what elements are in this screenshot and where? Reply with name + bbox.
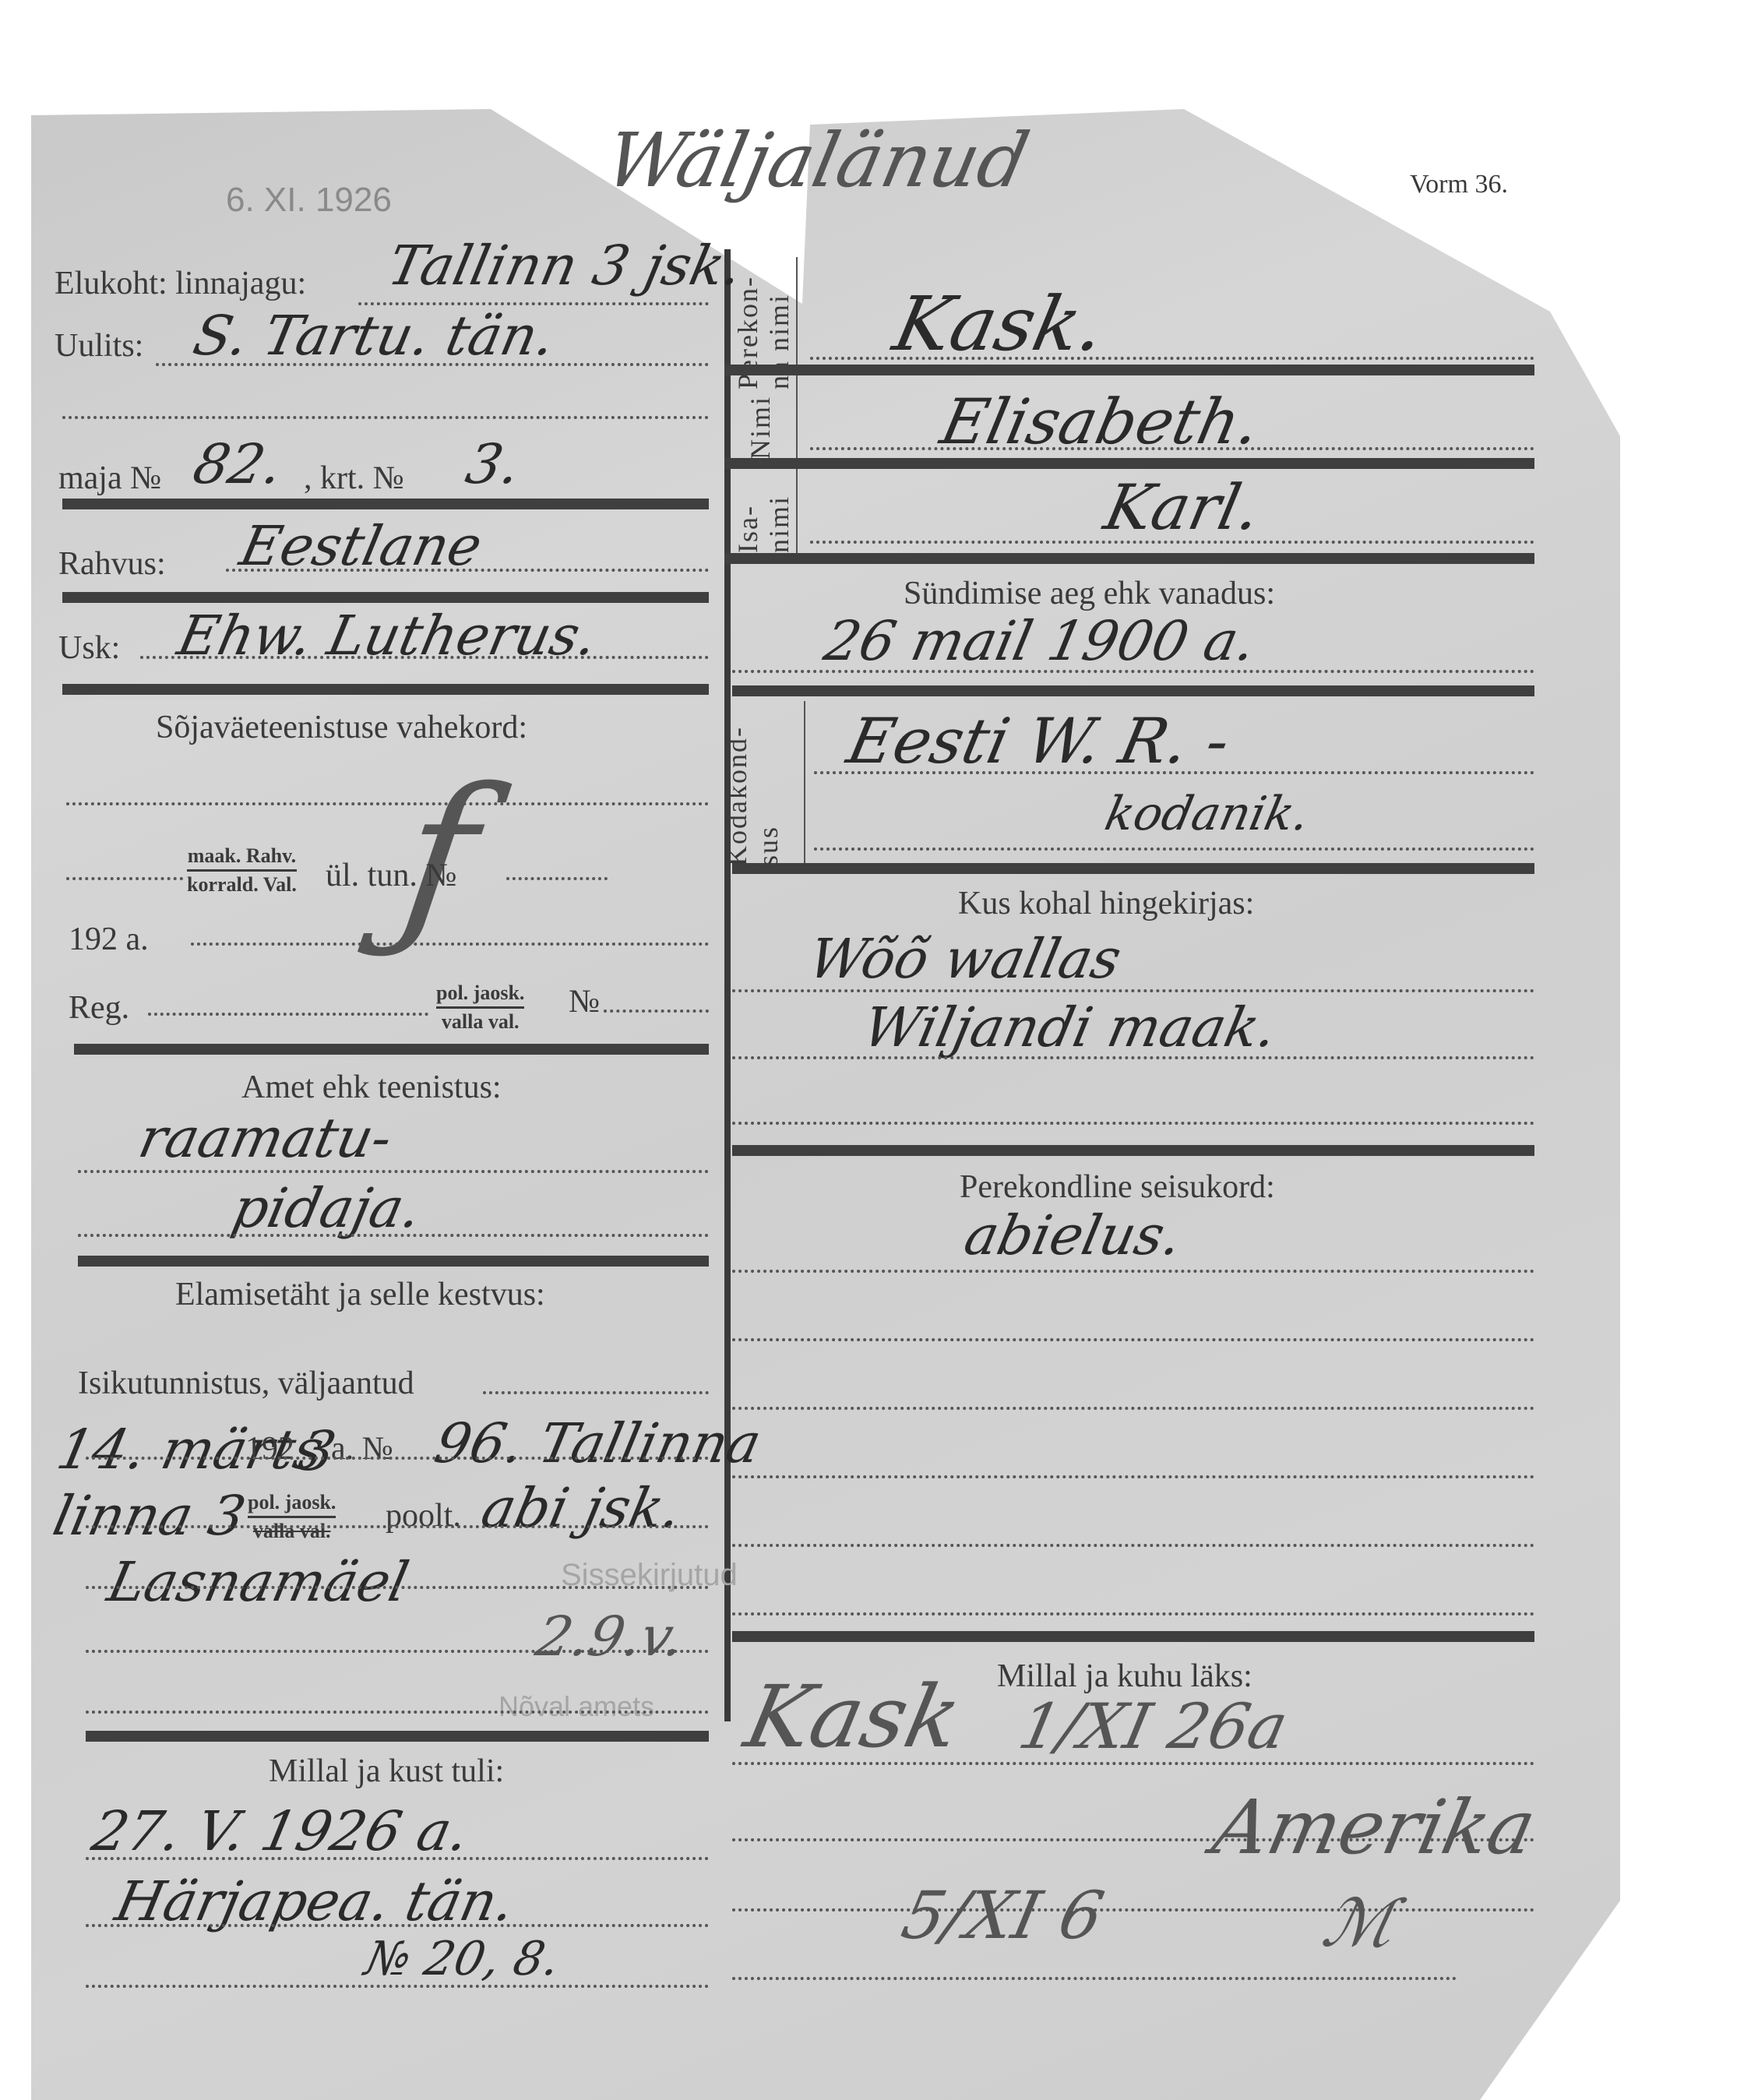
laks-heading: Millal ja kuhu läks: bbox=[997, 1658, 1252, 1695]
laks-value-line1: 1/XI 26a bbox=[1013, 1690, 1294, 1763]
dotted-line bbox=[78, 1234, 709, 1237]
dotted-line bbox=[814, 771, 1534, 774]
dotted-line bbox=[732, 1612, 1534, 1616]
dotted-line bbox=[732, 1056, 1534, 1059]
amet-heading: Amet ehk teenistus: bbox=[241, 1069, 502, 1106]
isikut-poolt-value: abi jsk. bbox=[476, 1476, 687, 1540]
section-rule bbox=[62, 684, 709, 695]
usk-label: Usk: bbox=[58, 629, 120, 667]
isikut-no-value: 96. Tallinna bbox=[429, 1411, 766, 1475]
dotted-line bbox=[732, 1122, 1534, 1125]
nimi-label: Nimi bbox=[745, 396, 776, 460]
isikut-a-no: a. № bbox=[331, 1430, 393, 1468]
dotted-line bbox=[732, 1475, 1534, 1478]
amet-value-line1: raamatu- bbox=[133, 1106, 397, 1170]
maja-value: 82. bbox=[188, 432, 288, 496]
section-rule bbox=[74, 1044, 709, 1055]
section-rule bbox=[732, 1631, 1534, 1642]
military-reg-label: Reg. bbox=[69, 989, 129, 1027]
dotted-line bbox=[191, 943, 709, 946]
dotted-line bbox=[156, 363, 709, 366]
laks-value-line2: Amerika bbox=[1206, 1784, 1543, 1871]
dotted-line bbox=[732, 1407, 1534, 1410]
label-divider bbox=[796, 257, 798, 561]
isikut-label: Isikutunnistus, väljaantud bbox=[78, 1365, 414, 1402]
dotted-line bbox=[62, 416, 709, 419]
tuli-value-line1: 27. V. 1926 a. bbox=[86, 1799, 474, 1863]
dotted-line bbox=[732, 1338, 1534, 1341]
dotted-line bbox=[810, 541, 1534, 544]
dotted-line bbox=[506, 877, 608, 880]
perekondline-value: abielus. bbox=[959, 1203, 1187, 1267]
military-fraction: maak. Rahv. korrald. Val. bbox=[187, 843, 297, 898]
isikut-line3-value: Lasnamäel bbox=[102, 1550, 414, 1614]
military-reg-no: № bbox=[569, 983, 600, 1020]
column-divider bbox=[724, 249, 731, 1721]
dotted-line bbox=[814, 847, 1534, 851]
header-annotation: Wäljalänud bbox=[598, 117, 1036, 204]
military-year-label: 192 a. bbox=[69, 921, 149, 958]
isanimi-label: Isa-nimi bbox=[732, 495, 794, 553]
date-stamp: 6. XI. 1926 bbox=[226, 181, 392, 220]
dotted-line bbox=[86, 1525, 709, 1528]
isikut-fraction: pol. jaosk. valla val. bbox=[248, 1489, 336, 1545]
dotted-line bbox=[140, 656, 709, 659]
military-ul-tun: ül. tun. № bbox=[326, 857, 456, 894]
dotted-line bbox=[86, 1924, 709, 1927]
isanimi-value: Karl. bbox=[1098, 471, 1267, 544]
kodakondsus-value-line1: Eesti W. R. - bbox=[841, 705, 1236, 777]
kodakondsus-label: Kodakond-sus bbox=[721, 726, 784, 866]
isikut-year-prefix: 192 bbox=[245, 1430, 294, 1468]
form-number: Vorm 36. bbox=[1410, 170, 1508, 199]
dotted-line bbox=[732, 1762, 1534, 1765]
rahvus-label: Rahvus: bbox=[58, 545, 166, 583]
section-rule bbox=[732, 863, 1534, 874]
elukoht-value: Tallinn 3 jsk. bbox=[382, 234, 748, 298]
dotted-line bbox=[732, 1544, 1534, 1547]
dotted-line bbox=[810, 357, 1534, 360]
sundimise-value: 26 mail 1900 a. bbox=[819, 609, 1261, 673]
dotted-line bbox=[86, 1650, 709, 1653]
section-rule bbox=[62, 592, 709, 603]
dotted-line bbox=[732, 989, 1534, 992]
dotted-line bbox=[810, 447, 1534, 450]
dotted-line bbox=[732, 1977, 1457, 1980]
section-rule bbox=[62, 499, 709, 509]
perekonnanimi-value: Kask. bbox=[886, 280, 1113, 368]
uulits-value: S. Tartu. tän. bbox=[188, 304, 561, 368]
hingekiri-value-line1: Wõõ wallas bbox=[803, 927, 1126, 991]
dotted-line bbox=[78, 1170, 709, 1173]
dotted-line bbox=[86, 1985, 709, 1988]
signature-left: Kask bbox=[737, 1667, 969, 1767]
sundimise-heading: Sündimise aeg ehk vanadus: bbox=[904, 575, 1275, 612]
dotted-line bbox=[483, 1391, 709, 1394]
dotted-line bbox=[86, 1457, 709, 1460]
section-rule bbox=[732, 1145, 1534, 1156]
hingekiri-heading: Kus kohal hingekirjas: bbox=[958, 885, 1254, 922]
elukoht-label: Elukoht: linnajagu: bbox=[55, 265, 306, 302]
isikut-signature: 2.9.v. bbox=[530, 1605, 690, 1668]
laks-value-line3: 5/XI 6 bbox=[896, 1877, 1111, 1954]
dotted-line bbox=[66, 877, 183, 880]
section-rule bbox=[724, 365, 1534, 375]
krt-label: , krt. № bbox=[304, 460, 404, 497]
section-rule bbox=[724, 458, 1534, 469]
section-rule bbox=[86, 1731, 709, 1742]
amet-value-line2: pidaja. bbox=[227, 1176, 427, 1240]
tuli-heading: Millal ja kust tuli: bbox=[269, 1753, 504, 1790]
dotted-line bbox=[732, 1838, 1534, 1841]
tuli-value-line3: № 20, 8. bbox=[361, 1932, 565, 1986]
dotted-line bbox=[86, 1857, 709, 1860]
dotted-line bbox=[86, 1586, 709, 1589]
isikut-poolt: poolt. bbox=[386, 1497, 461, 1534]
dotted-line bbox=[732, 1908, 1534, 1911]
label-divider bbox=[804, 701, 805, 865]
dotted-line bbox=[604, 1009, 709, 1013]
elamiset-heading: Elamisetäht ja selle kestvus: bbox=[175, 1276, 545, 1313]
maja-label: maja № bbox=[58, 460, 161, 497]
military-reg-fraction: pol. jaosk. valla val. bbox=[436, 980, 524, 1035]
dotted-line bbox=[732, 670, 1534, 673]
hingekiri-value-line2: Wiljandi maak. bbox=[858, 995, 1282, 1059]
section-rule bbox=[78, 1256, 709, 1267]
dotted-line bbox=[86, 1711, 709, 1714]
dotted-line bbox=[148, 1013, 428, 1016]
isikut-line2-value: linna 3 bbox=[48, 1484, 251, 1548]
military-heading: Sõjaväeteenistuse vahekord: bbox=[156, 709, 527, 746]
perekondline-heading: Perekondline seisukord: bbox=[960, 1168, 1275, 1206]
dotted-line bbox=[226, 569, 709, 572]
section-rule bbox=[724, 553, 1534, 564]
faint-stamp: Nõval amets bbox=[499, 1690, 654, 1723]
kodakondsus-value-line2: kodanik. bbox=[1101, 787, 1315, 841]
dotted-line bbox=[732, 1270, 1534, 1273]
section-rule bbox=[732, 685, 1534, 696]
uulits-label: Uulits: bbox=[55, 327, 143, 365]
dotted-line bbox=[66, 802, 709, 805]
